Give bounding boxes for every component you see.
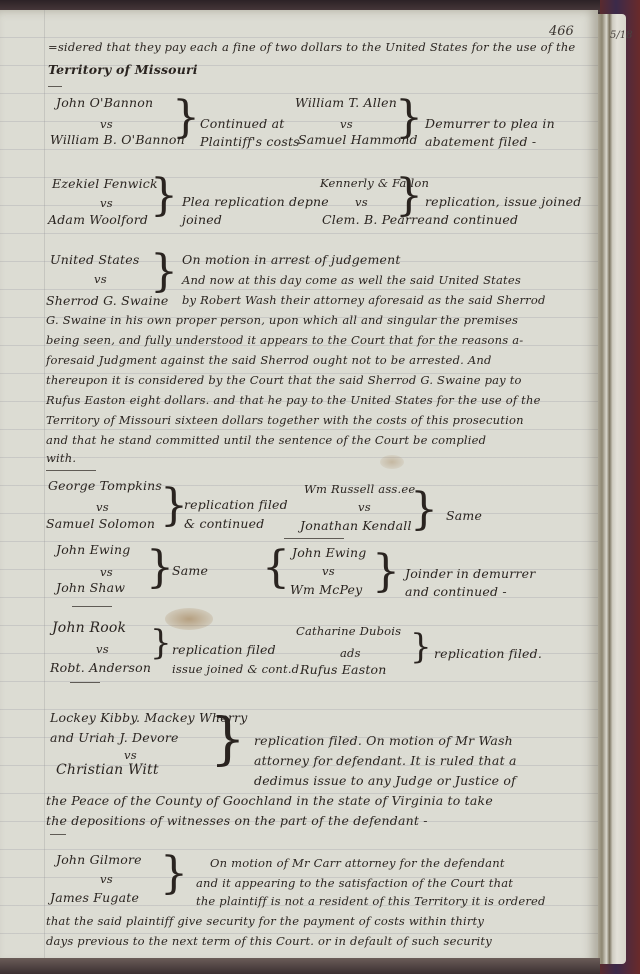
- defendant-name: Jonathan Kendall: [300, 518, 412, 533]
- ruling-line: issue joined & cont.d: [172, 662, 299, 676]
- versus-label: vs: [340, 117, 353, 131]
- divider: [48, 86, 62, 87]
- plaintiff-name: Ezekiel Fenwick: [52, 176, 158, 191]
- text-line: the plaintiff is not a resident of this …: [196, 894, 546, 908]
- plaintiff-name: William T. Allen: [295, 95, 397, 110]
- divider: [70, 682, 100, 683]
- defendant-name: Adam Woolford: [48, 212, 148, 227]
- divider: [72, 606, 112, 607]
- text-line: On motion of Mr Carr attorney for the de…: [210, 856, 505, 870]
- versus-label: ads: [340, 646, 361, 660]
- divider: [50, 834, 66, 835]
- defendant-name: James Fugate: [50, 890, 139, 905]
- plaintiff-name: United States: [50, 252, 139, 267]
- ruling-line: & continued: [184, 516, 264, 531]
- brace-left-icon: {: [262, 546, 290, 590]
- ruling-line: Same: [446, 508, 482, 523]
- versus-label: vs: [322, 564, 335, 578]
- versus-label: vs: [358, 500, 371, 514]
- text-line: Territory of Missouri: [48, 62, 198, 77]
- defendant-name: Samuel Solomon: [46, 516, 155, 531]
- defendant-name: Robt. Anderson: [50, 660, 151, 675]
- brace-icon: }: [395, 174, 423, 218]
- ruling-line: replication filed: [172, 642, 276, 657]
- text-line: thereupon it is considered by the Court …: [46, 373, 522, 387]
- versus-label: vs: [100, 565, 113, 579]
- plaintiff-name: John O'Bannon: [56, 95, 153, 110]
- brace-icon: }: [160, 852, 188, 896]
- ruling-line: Plaintiff's costs: [200, 134, 300, 149]
- ruling-line: Joinder in demurrer: [405, 566, 535, 581]
- brace-icon: }: [150, 250, 178, 294]
- divider: [46, 470, 96, 471]
- versus-label: vs: [100, 117, 113, 131]
- defendant-name: Christian Witt: [56, 762, 159, 778]
- brace-icon: }: [395, 96, 423, 140]
- ink-stain: [165, 608, 213, 630]
- paper-stain: [380, 455, 404, 469]
- ruling-line: joined: [182, 212, 222, 227]
- plaintiff-name: John Ewing: [56, 542, 131, 557]
- ruling-line: and continued: [425, 212, 518, 227]
- ruling-line: abatement filed -: [425, 134, 536, 149]
- brace-icon: }: [210, 712, 246, 768]
- ruling-line: Demurrer to plea in: [425, 116, 555, 131]
- plaintiff-name: Catharine Dubois: [296, 624, 401, 638]
- text-line: G. Swaine in his own proper person, upon…: [46, 313, 518, 327]
- plaintiff-name: George Tompkins: [48, 478, 162, 493]
- text-line: being seen, and fully understood it appe…: [46, 333, 523, 347]
- text-line: and it appearing to the satisfaction of …: [196, 876, 513, 890]
- ruling-line: replication filed: [184, 497, 288, 512]
- text-line: Territory of Missouri sixteen dollars to…: [46, 413, 524, 427]
- page-number: 466: [549, 24, 574, 39]
- versus-label: vs: [355, 195, 368, 209]
- text-line: dedimus issue to any Judge or Justice of: [254, 773, 516, 788]
- text-line: the Peace of the County of Goochland in …: [46, 793, 493, 808]
- brace-icon: }: [146, 546, 174, 590]
- text-line: the depositions of witnesses on the part…: [46, 813, 428, 828]
- divider: [284, 538, 344, 539]
- versus-label: vs: [96, 500, 109, 514]
- defendant-name: Wm McPey: [290, 582, 362, 597]
- ruling-heading: On motion in arrest of judgement: [182, 252, 401, 267]
- text-line: replication filed. On motion of Mr Wash: [254, 733, 513, 748]
- plaintiff-name: John Rook: [52, 620, 126, 636]
- defendant-name: John Shaw: [56, 580, 125, 595]
- folio-mark: 5/18: [610, 30, 632, 41]
- versus-label: vs: [100, 872, 113, 886]
- plaintiff-name: John Ewing: [292, 545, 367, 560]
- text-line: attorney for defendant. It is ruled that…: [254, 753, 517, 768]
- text-line: And now at this day come as well the sai…: [182, 273, 521, 287]
- brace-icon: }: [410, 630, 432, 664]
- ruling-line: and continued -: [405, 584, 507, 599]
- versus-label: vs: [124, 748, 137, 762]
- plaintiff-name: John Gilmore: [56, 852, 142, 867]
- brace-icon: }: [150, 626, 172, 660]
- margin-line: [44, 10, 45, 960]
- versus-label: vs: [94, 272, 107, 286]
- versus-label: vs: [100, 196, 113, 210]
- text-line: that the said plaintiff give security fo…: [46, 914, 484, 928]
- ruling-line: replication filed.: [434, 646, 542, 661]
- text-line: =sidered that they pay each a fine of tw…: [48, 40, 575, 54]
- ruling-line: Plea replication depne: [182, 194, 329, 209]
- ruling-line: Same: [172, 563, 208, 578]
- defendant-name: Rufus Easton: [300, 662, 387, 677]
- defendant-name: William B. O'Bannon: [50, 132, 185, 147]
- text-line: by Robert Wash their attorney aforesaid …: [182, 293, 546, 307]
- brace-icon: }: [372, 550, 400, 594]
- text-line: and that he stand committed until the se…: [46, 433, 486, 447]
- book-bottom-edge: [0, 958, 600, 974]
- ruling-line: replication, issue joined: [425, 194, 581, 209]
- text-line: days previous to the next term of this C…: [46, 934, 492, 948]
- ruling-line: Continued at: [200, 116, 285, 131]
- text-line: foresaid Judgment against the said Sherr…: [46, 353, 492, 367]
- brace-icon: }: [150, 174, 178, 218]
- text-line: Rufus Easton eight dollars. and that he …: [46, 393, 541, 407]
- page-stack-edge: [596, 14, 626, 964]
- plaintiff-name: Wm Russell ass.ee: [304, 482, 415, 496]
- brace-icon: }: [172, 96, 200, 140]
- plaintiff-name: and Uriah J. Devore: [50, 730, 179, 745]
- text-line: with.: [46, 451, 76, 465]
- brace-icon: }: [410, 488, 438, 532]
- versus-label: vs: [96, 642, 109, 656]
